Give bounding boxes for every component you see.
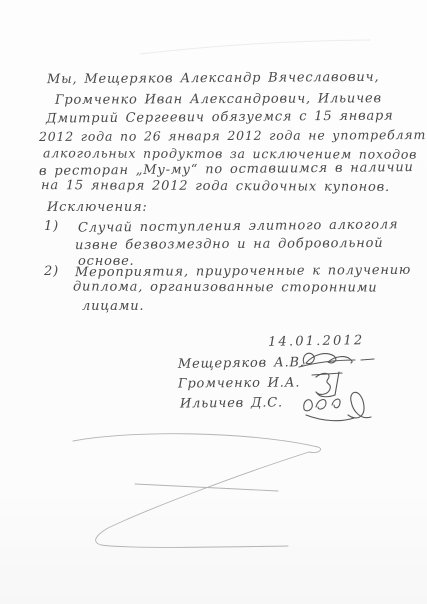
exceptions-heading: Исключения: [47, 200, 148, 215]
signatory-name: Мещеряков А.В. [178, 355, 305, 372]
signature-scribble [296, 385, 380, 427]
exception-line: Случай поступления элитного алкоголя [78, 217, 398, 235]
faint-pen-arc [130, 35, 380, 60]
body-line: 2012 года по 26 января 2012 года не упот… [39, 127, 427, 144]
exception-line: лицами. [82, 299, 144, 314]
page-pen-scribble [58, 424, 334, 556]
body-line: на 15 января 2012 года скидочных купонов… [41, 178, 390, 195]
body-line: Дмитрий Сергеевич обязуемся с 15 января [46, 108, 394, 126]
signatory-name: Громченко И.А. [178, 375, 300, 391]
exception-line: извне безвозмездно и на добровольной [75, 236, 383, 253]
scanned-handwritten-agreement: Мы, Мещеряков Александр Вячеславович, Гр… [0, 0, 427, 604]
exception-line: диплома, организованные сторонними [73, 279, 378, 295]
body-line: Громченко Иван Александрович, Ильичев [55, 91, 382, 108]
signatory-name: Ильичев Д.С. [180, 395, 283, 411]
body-line: алкогольных продуктов за исключением пох… [43, 145, 417, 161]
body-line: Мы, Мещеряков Александр Вячеславович, [47, 70, 379, 87]
exception-number: 2) [44, 264, 59, 279]
exception-number: 1) [44, 219, 59, 234]
body-line: в ресторан „Му-му“ по оставшимся в налич… [39, 160, 414, 179]
exception-line: Мероприятия, приуроченные к получению [75, 263, 411, 280]
